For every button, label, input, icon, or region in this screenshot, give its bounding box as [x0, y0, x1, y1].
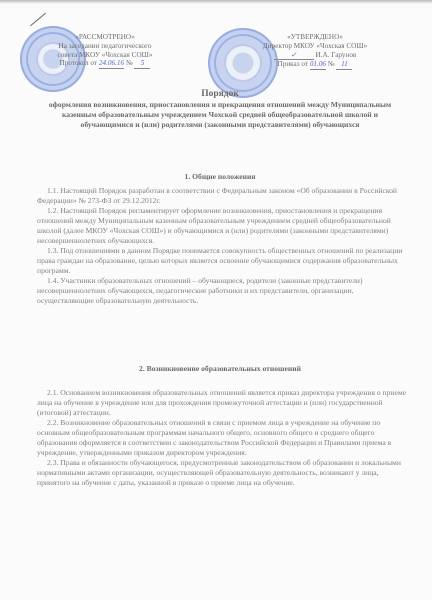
scan-edge-shadow — [0, 0, 432, 4]
approved-signer: ✓ И.А. Гарунов — [250, 51, 380, 61]
protocol-prefix: Протокол от — [60, 59, 98, 67]
considered-line2: совета МКОУ «Чохская СОШ» — [40, 51, 170, 60]
order-number: 11 — [336, 60, 352, 70]
considered-protocol: Протокол от 24.06.16 № 5 — [40, 59, 170, 69]
approved-order: Приказ от 01.06 № 11 — [250, 60, 380, 70]
order-no-prefix: № — [328, 60, 335, 68]
paragraph-2-2: 2.2. Возникновение образовательных отнош… — [37, 418, 407, 458]
section-1-body: 1.1. Настоящий Порядок разработан в соот… — [37, 186, 407, 306]
title-main: Порядок — [40, 88, 400, 100]
document-title: Порядок оформления возникновения, приост… — [40, 88, 400, 130]
protocol-no-prefix: № — [126, 59, 133, 67]
pen-mark — [30, 13, 46, 27]
signer-name: И.А. Гарунов — [315, 51, 356, 59]
considered-label: «РАССМОТРЕНО» — [40, 33, 170, 42]
section-2-heading: 2. Возникновение образовательных отношен… — [20, 364, 420, 373]
paragraph-2-3: 2.3. Права и обязанности обучающегося, п… — [37, 458, 407, 488]
approved-label: «УТВЕРЖДЕНО» — [250, 33, 380, 42]
paragraph-1-4: 1.4. Участники образовательных отношений… — [37, 276, 407, 306]
approval-block-considered: «РАССМОТРЕНО» На заседании педагогическо… — [40, 33, 170, 69]
approved-line1: Директор МКОУ «Чохская СОШ» — [250, 42, 380, 51]
order-date: 01.06 — [310, 60, 326, 70]
title-subtitle: оформления возникновения, приостановлени… — [40, 100, 400, 130]
considered-line1: На заседании педагогического — [40, 42, 170, 51]
order-prefix: Приказ от — [278, 60, 308, 68]
protocol-date: 24.06.16 — [99, 59, 124, 69]
section-2-body: 2.1. Основанием возникновения образовате… — [37, 388, 407, 488]
paragraph-1-3: 1.3. Под отношениями в данном Порядке по… — [37, 246, 407, 276]
approval-block-approved: «УТВЕРЖДЕНО» Директор МКОУ «Чохская СОШ»… — [250, 33, 380, 70]
paragraph-1-1: 1.1. Настоящий Порядок разработан в соот… — [37, 186, 407, 206]
paragraph-1-2: 1.2. Настоящий Порядок регламентирует оф… — [37, 206, 407, 246]
signature: ✓ — [274, 51, 314, 61]
paragraph-2-1: 2.1. Основанием возникновения образовате… — [37, 388, 407, 418]
protocol-number: 5 — [134, 59, 150, 69]
section-1-heading: 1. Общие положения — [20, 172, 420, 181]
